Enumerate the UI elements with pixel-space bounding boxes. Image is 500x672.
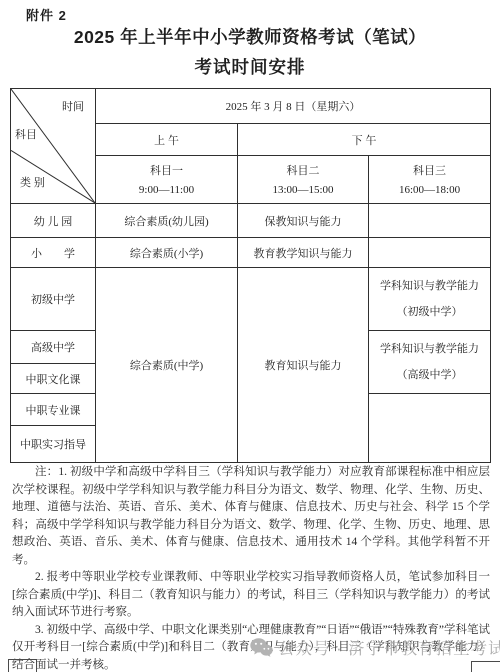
category-vocational-internship: 中职实习指导 [11, 426, 96, 463]
header-subject3-cell: 科目三 16:00—18:00 [369, 156, 491, 204]
primary-subject3-empty-cell [369, 238, 491, 268]
table-row: 幼 儿 园 综合素质(幼儿园) 保教知识与能力 [11, 204, 491, 238]
junior-subject3-cell: 学科知识与教学能力 （初级中学） [369, 268, 491, 331]
page-title-line1: 2025 年上半年中小学教师资格考试（笔试） [0, 24, 500, 49]
subject2-name: 科目二 [239, 161, 367, 181]
vocational-subject3-empty-cell [369, 394, 491, 463]
category-primary-school: 小 学 [11, 238, 96, 268]
table-row: 初级中学 综合素质(中学) 教育知识与能力 学科知识与教学能力 （初级中学） [11, 268, 491, 331]
junior-subject3-line1: 学科知识与教学能力 [370, 273, 489, 299]
corner-label-subject: 科目 [15, 126, 37, 142]
header-subject2-cell: 科目二 13:00—15:00 [238, 156, 369, 204]
corner-label-category: 类 别 [20, 174, 45, 190]
header-subject1-cell: 科目一 9:00—11:00 [96, 156, 238, 204]
kindergarten-subject3-empty-cell [369, 204, 491, 238]
merged-subject2-cell: 教育知识与能力 [238, 268, 369, 463]
subject2-time: 13:00—15:00 [239, 181, 367, 199]
table-row: 小 学 综合素质(小学) 教育教学知识与能力 [11, 238, 491, 268]
primary-subject1-cell: 综合素质(小学) [96, 238, 238, 268]
wechat-icon [250, 638, 273, 657]
primary-subject2-cell: 教育教学知识与能力 [238, 238, 369, 268]
exam-schedule-table: 时间 科目 类 别 2025 年 3 月 8 日（星期六） 上 午 下 午 科目… [10, 88, 491, 463]
next-table-corner-left [8, 659, 37, 672]
attachment-label: 附件 2 [26, 5, 67, 24]
subject1-name: 科目一 [97, 161, 236, 181]
junior-subject3-line2: （初级中学） [370, 299, 489, 325]
senior-subject3-line2: （高级中学） [370, 362, 489, 388]
category-senior-high: 高级中学 [11, 331, 96, 364]
corner-header-cell: 时间 科目 类 别 [11, 89, 96, 204]
category-vocational-professional: 中职专业课 [11, 394, 96, 426]
merged-subject1-cell: 综合素质(中学) [96, 268, 238, 463]
kindergarten-subject2-cell: 保教知识与能力 [238, 204, 369, 238]
header-afternoon-cell: 下 午 [238, 124, 491, 156]
document-page: 附件 2 2025 年上半年中小学教师资格考试（笔试） 考试时间安排 时间 科目… [0, 0, 500, 672]
header-date-cell: 2025 年 3 月 8 日（星期六） [96, 89, 491, 124]
senior-subject3-line1: 学科知识与教学能力 [370, 336, 489, 362]
subject3-time: 16:00—18:00 [370, 181, 489, 199]
header-morning-cell: 上 午 [96, 124, 238, 156]
watermark-text: 公众号 · 济宁市教育招生考试院 [278, 635, 500, 659]
category-junior-high: 初级中学 [11, 268, 96, 331]
note-1: 注：1. 初级中学和高级中学科目三（学科知识与教学能力）对应教育部课程标准中相应… [12, 464, 490, 569]
category-vocational-culture: 中职文化课 [11, 364, 96, 394]
category-kindergarten: 幼 儿 园 [11, 204, 96, 238]
kindergarten-subject1-cell: 综合素质(幼儿园) [96, 204, 238, 238]
page-title-line2: 考试时间安排 [0, 54, 500, 79]
subject1-time: 9:00—11:00 [97, 181, 236, 199]
watermark: 公众号 · 济宁市教育招生考试院 [250, 637, 500, 657]
subject3-name: 科目三 [370, 161, 489, 181]
corner-label-time: 时间 [62, 98, 84, 114]
note-2: 2. 报考中等职业学校专业课教师、中等职业学校实习指导教师资格人员，笔试参加科目… [12, 569, 490, 622]
next-table-corner-right [471, 661, 500, 672]
senior-subject3-cell: 学科知识与教学能力 （高级中学） [369, 331, 491, 394]
